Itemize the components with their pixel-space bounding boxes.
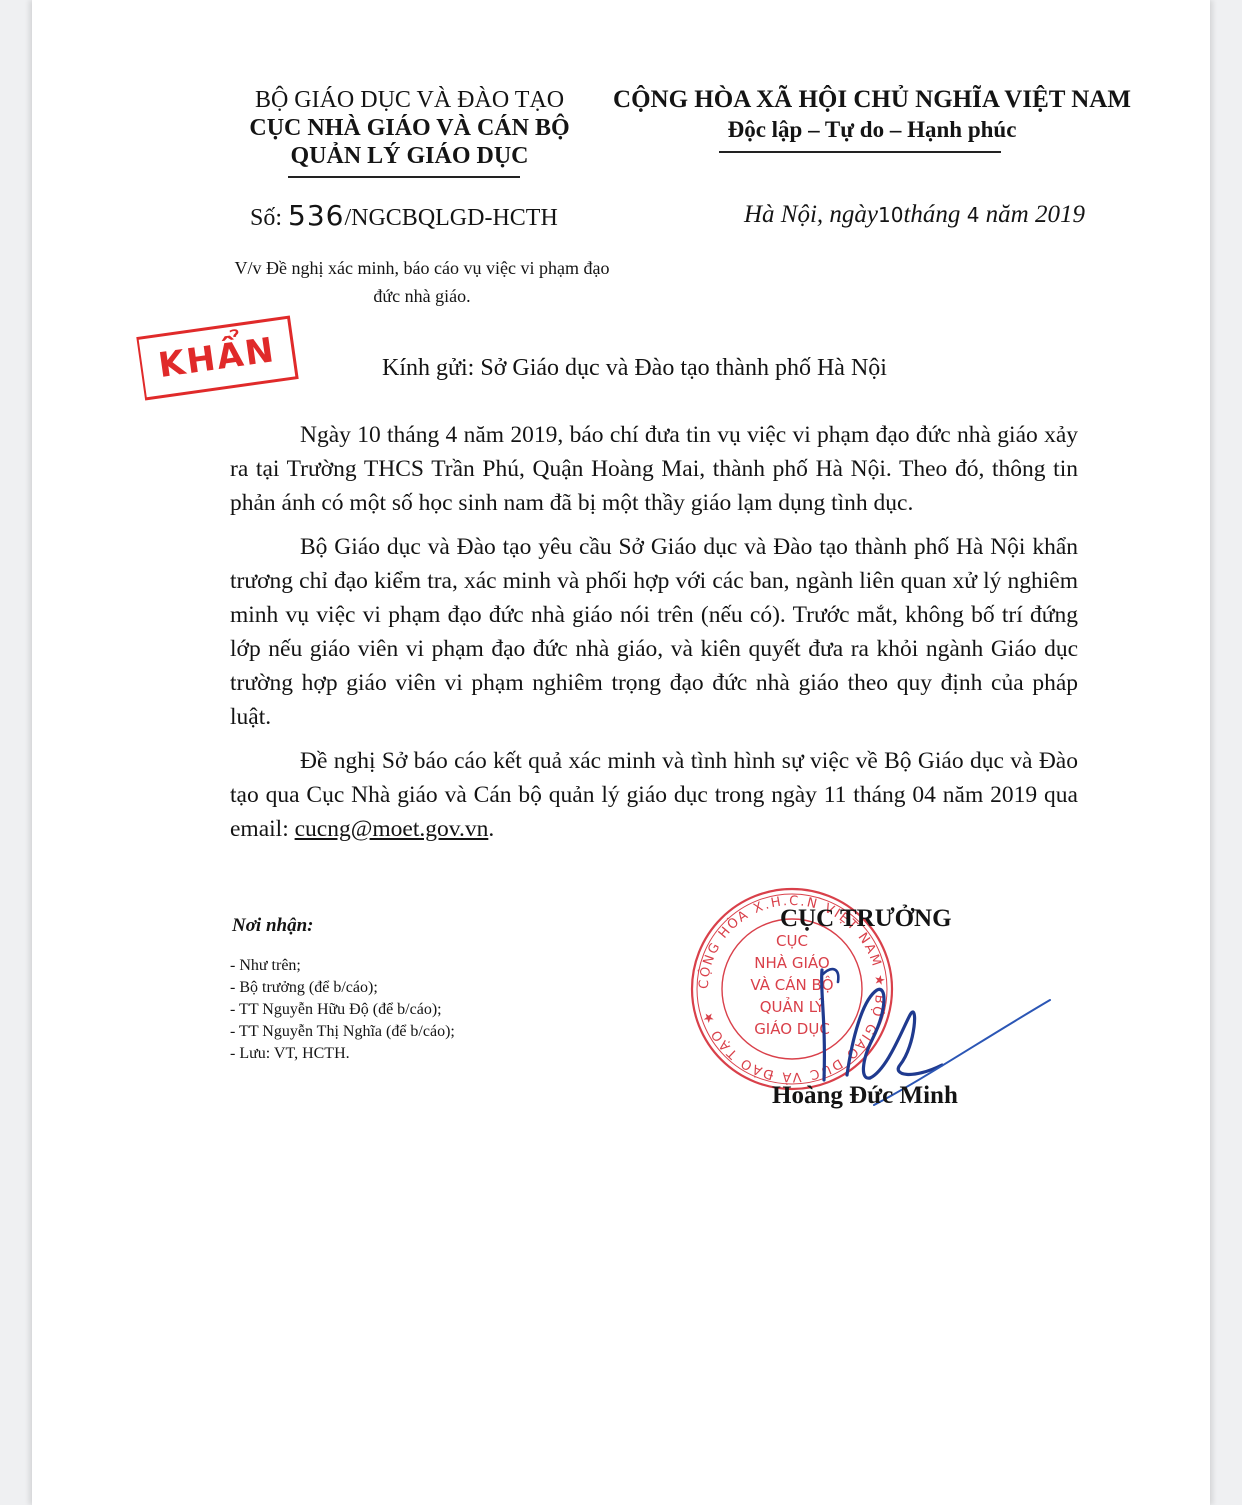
date-month: 4	[967, 203, 980, 227]
department-name-line1: CỤC NHÀ GIÁO VÀ CÁN BỘ	[237, 115, 582, 142]
document-page: BỘ GIÁO DỤC VÀ ĐÀO TẠO CỤC NHÀ GIÁO VÀ C…	[32, 0, 1210, 1505]
doc-number-suffix: /NGCBQLGD-HCTH	[344, 205, 557, 231]
signer-name: Hoàng Đức Minh	[772, 1082, 958, 1110]
letter-body: Ngày 10 tháng 4 năm 2019, báo chí đưa ti…	[230, 418, 1078, 856]
body-paragraph-1: Ngày 10 tháng 4 năm 2019, báo chí đưa ti…	[230, 418, 1078, 520]
doc-number-prefix: Số:	[250, 205, 282, 231]
date-line: Hà Nội, ngày10tháng 4 năm 2019	[744, 201, 1085, 229]
urgent-stamp: KHẨN	[136, 316, 298, 401]
header-right-divider	[719, 151, 1001, 153]
recipients-list: - Như trên; - Bộ trưởng (để b/cáo); - TT…	[230, 955, 455, 1065]
list-item: - TT Nguyễn Hữu Độ (để b/cáo);	[230, 999, 455, 1021]
list-item: - Bộ trưởng (để b/cáo);	[230, 977, 455, 999]
list-item: - Như trên;	[230, 955, 455, 977]
national-motto: Độc lập – Tự do – Hạnh phúc	[602, 117, 1142, 143]
signer-title: CỤC TRƯỞNG	[780, 905, 952, 933]
date-month-label: tháng	[903, 201, 960, 228]
list-item: - Lưu: VT, HCTH.	[230, 1043, 455, 1065]
header-left-divider	[288, 176, 520, 178]
country-name: CỘNG HÒA XÃ HỘI CHỦ NGHĨA VIỆT NAM	[602, 86, 1142, 114]
department-name-line2: QUẢN LÝ GIÁO DỤC	[237, 143, 582, 170]
subject-line: V/v Đề nghị xác minh, báo cáo vụ việc vi…	[222, 254, 622, 310]
list-item: - TT Nguyễn Thị Nghĩa (để b/cáo);	[230, 1021, 455, 1043]
body-paragraph-2: Bộ Giáo dục và Đào tạo yêu cầu Sở Giáo d…	[230, 530, 1078, 734]
date-place: Hà Nội, ngày	[744, 201, 878, 228]
date-day: 10	[878, 203, 903, 227]
urgent-stamp-text: KHẨN	[156, 330, 278, 386]
addressee: Kính gửi: Sở Giáo dục và Đào tạo thành p…	[382, 355, 887, 382]
body-paragraph-3: Đề nghị Sở báo cáo kết quả xác minh và t…	[230, 744, 1078, 846]
date-year: năm 2019	[986, 201, 1085, 228]
recipients-title: Nơi nhận:	[232, 915, 313, 937]
doc-number-handwritten: 536	[288, 199, 344, 232]
document-number: Số: 536/NGCBQLGD-HCTH	[250, 199, 558, 232]
final-punctuation: .	[488, 816, 494, 842]
ministry-name: BỘ GIÁO DỤC VÀ ĐÀO TẠO	[237, 87, 582, 114]
email-link[interactable]: cucng@moet.gov.vn	[295, 816, 489, 842]
